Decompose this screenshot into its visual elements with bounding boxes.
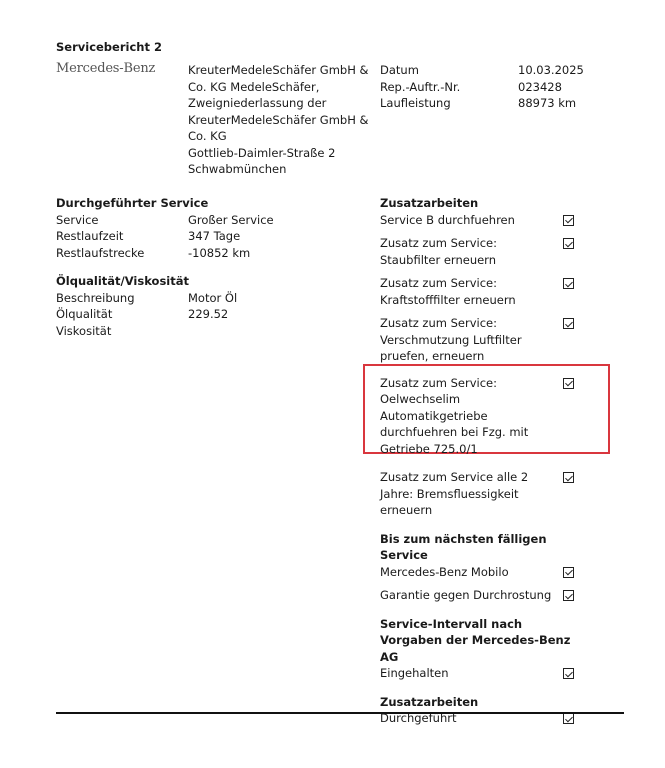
brand-logo: Mercedes-Benz	[56, 61, 155, 76]
meta-value: 023428	[518, 79, 562, 96]
extra-work-section: Zusatzarbeiten Service B durchfuehren Zu…	[380, 195, 580, 519]
checkbox-checked-icon[interactable]	[563, 278, 574, 289]
next-service-section: Bis zum nächsten fälligen Service Merced…	[380, 531, 580, 604]
kv-row: Restlaufzeit347 Tage	[56, 228, 356, 245]
checklist-item: Zusatz zum Service: Kraftstofffilter ern…	[380, 275, 580, 308]
checkbox-checked-icon[interactable]	[563, 472, 574, 483]
section-heading: Durchgeführter Service	[56, 195, 356, 212]
kv-label: Viskosität	[56, 323, 188, 340]
meta-row-mileage: Laufleistung 88973 km	[380, 95, 584, 112]
checkbox-checked-icon[interactable]	[563, 567, 574, 578]
checkbox-checked-icon[interactable]	[563, 713, 574, 724]
address-line: KreuterMedeleSchäfer GmbH &	[188, 112, 378, 129]
address-line: Co. KG MedeleSchäfer,	[188, 79, 378, 96]
kv-value: Motor Öl	[188, 290, 237, 307]
checkbox-checked-icon[interactable]	[563, 318, 574, 329]
kv-label: Service	[56, 212, 188, 229]
left-column: Durchgeführter Service ServiceGroßer Ser…	[56, 195, 356, 349]
meta-label: Rep.-Auftr.-Nr.	[380, 79, 518, 96]
address-line: KreuterMedeleSchäfer GmbH &	[188, 62, 378, 79]
kv-label: Ölqualität	[56, 306, 188, 323]
kv-label: Restlaufstrecke	[56, 245, 188, 262]
checklist-item: Zusatz zum Service alle 2 Jahre: Bremsfl…	[380, 469, 580, 519]
checklist-item: Zusatz zum Service: Verschmutzung Luftfi…	[380, 315, 580, 365]
checkbox-checked-icon[interactable]	[563, 668, 574, 679]
meta-value: 88973 km	[518, 95, 576, 112]
kv-value: 347 Tage	[188, 228, 240, 245]
item-label: Mercedes-Benz Mobilo	[380, 564, 552, 581]
section-heading: Zusatzarbeiten	[380, 694, 580, 711]
kv-value: Großer Service	[188, 212, 274, 229]
section-heading: Service-Intervall nach Vorgaben der Merc…	[380, 616, 585, 666]
footer-divider	[56, 712, 624, 714]
item-label: Zusatz zum Service: Staubfilter erneuern	[380, 235, 552, 268]
item-label: Zusatz zum Service: Verschmutzung Luftfi…	[380, 315, 552, 365]
kv-value: 229.52	[188, 306, 228, 323]
kv-row: Ölqualität229.52	[56, 306, 356, 323]
interval-section: Service-Intervall nach Vorgaben der Merc…	[380, 616, 580, 682]
checklist-item: Zusatz zum Service: Staubfilter erneuern	[380, 235, 580, 268]
item-label: Zusatz zum Service alle 2 Jahre: Bremsfl…	[380, 469, 530, 519]
kv-label: Beschreibung	[56, 290, 188, 307]
dealer-address: KreuterMedeleSchäfer GmbH & Co. KG Medel…	[188, 62, 378, 178]
item-label: Zusatz zum Service: Oelwechselim Automat…	[380, 375, 530, 458]
checklist-item-highlighted: Zusatz zum Service: Oelwechselim Automat…	[380, 375, 580, 458]
checkbox-checked-icon[interactable]	[563, 590, 574, 601]
meta-row-order: Rep.-Auftr.-Nr. 023428	[380, 79, 584, 96]
meta-label: Laufleistung	[380, 95, 518, 112]
checklist-item: Mercedes-Benz Mobilo	[380, 564, 580, 581]
kv-row: BeschreibungMotor Öl	[56, 290, 356, 307]
section-heading: Bis zum nächsten fälligen Service	[380, 531, 580, 564]
kv-value: -10852 km	[188, 245, 250, 262]
address-line: Gottlieb-Daimler-Straße 2	[188, 145, 378, 162]
address-line: Zweigniederlassung der	[188, 95, 378, 112]
checkbox-checked-icon[interactable]	[563, 378, 574, 389]
checklist-item: Garantie gegen Durchrostung	[380, 587, 580, 604]
item-label: Service B durchfuehren	[380, 212, 552, 229]
oil-section: Ölqualität/Viskosität BeschreibungMotor …	[56, 273, 356, 339]
checklist-item: Eingehalten	[380, 665, 580, 682]
meta-value: 10.03.2025	[518, 62, 584, 79]
section-heading: Zusatzarbeiten	[380, 195, 580, 212]
kv-row: ServiceGroßer Service	[56, 212, 356, 229]
kv-row: Viskosität	[56, 323, 356, 340]
checkbox-checked-icon[interactable]	[563, 238, 574, 249]
right-column: Zusatzarbeiten Service B durchfuehren Zu…	[380, 195, 580, 739]
item-label: Zusatz zum Service: Kraftstofffilter ern…	[380, 275, 552, 308]
checkbox-checked-icon[interactable]	[563, 215, 574, 226]
kv-label: Restlaufzeit	[56, 228, 188, 245]
address-line: Schwabmünchen	[188, 161, 378, 178]
meta-row-date: Datum 10.03.2025	[380, 62, 584, 79]
section-heading: Ölqualität/Viskosität	[56, 273, 356, 290]
service-section: Durchgeführter Service ServiceGroßer Ser…	[56, 195, 356, 261]
item-label: Eingehalten	[380, 665, 552, 682]
report-meta: Datum 10.03.2025 Rep.-Auftr.-Nr. 023428 …	[380, 62, 584, 112]
kv-row: Restlaufstrecke-10852 km	[56, 245, 356, 262]
checklist-item: Service B durchfuehren	[380, 212, 580, 229]
meta-label: Datum	[380, 62, 518, 79]
address-line: Co. KG	[188, 128, 378, 145]
report-title: Servicebericht 2	[56, 40, 162, 54]
extra-work-done-section: Zusatzarbeiten Durchgeführt	[380, 694, 580, 727]
item-label: Garantie gegen Durchrostung	[380, 587, 552, 604]
